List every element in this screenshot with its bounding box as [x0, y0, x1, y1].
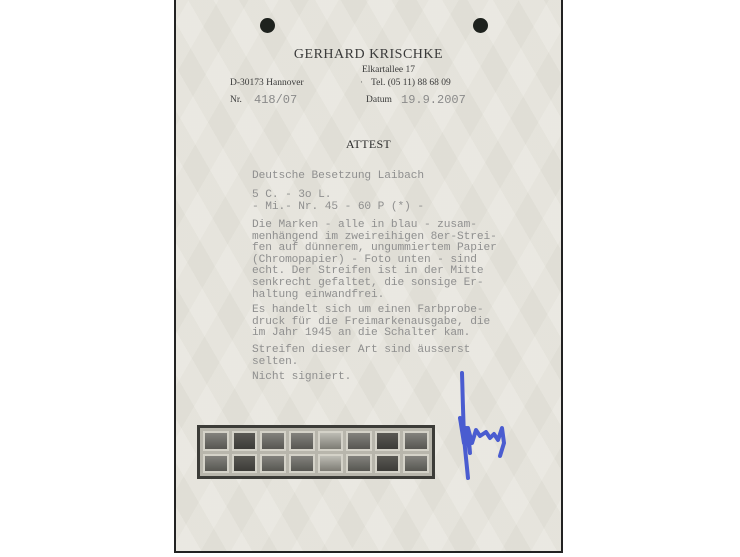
punch-hole-left — [260, 18, 275, 33]
assessment-paragraph: Es handelt sich um einen Farbprobe- druc… — [252, 305, 552, 340]
letterhead-separator: · — [360, 77, 363, 87]
certificate-date: 19.9.2007 — [401, 93, 466, 107]
stamp — [289, 431, 315, 451]
expert-name: GERHARD KRISCHKE — [176, 47, 561, 63]
expert-telephone: Tel. (05 11) 88 68 09 — [371, 78, 451, 88]
stamp — [346, 454, 372, 474]
expert-street: Elkartallee 17 — [196, 65, 581, 75]
stamp — [203, 431, 229, 451]
stamp — [318, 454, 344, 474]
punch-hole-right — [473, 18, 488, 33]
stamp — [375, 454, 401, 474]
values-line-2: - Mi.- Nr. 45 - 60 P (*) - — [252, 201, 424, 213]
stamp — [260, 454, 286, 474]
stamp — [375, 431, 401, 451]
stamp — [403, 454, 429, 474]
rarity-paragraph: Streifen dieser Art sind äusserst selten… — [252, 345, 552, 368]
stamp — [318, 431, 344, 451]
stamp — [289, 454, 315, 474]
expert-city: D-30173 Hannover — [230, 78, 304, 88]
stamp — [403, 431, 429, 451]
stamp — [232, 454, 258, 474]
document-title: ATTEST — [176, 137, 561, 152]
date-label: Datum — [366, 95, 392, 105]
stamp — [203, 454, 229, 474]
stamp — [260, 431, 286, 451]
values-line-1: 5 C. - 3o L. — [252, 189, 331, 201]
catalog-values: 5 C. - 3o L. - Mi.- Nr. 45 - 60 P (*) - — [252, 190, 552, 213]
subject-line: Deutsche Besetzung Laibach — [252, 171, 552, 183]
attest-document: GERHARD KRISCHKE Elkartallee 17 D-30173 … — [174, 0, 563, 553]
stamp — [232, 431, 258, 451]
stamp-strip-photo — [197, 425, 435, 479]
stamp-grid — [200, 428, 432, 476]
stamp — [346, 431, 372, 451]
certificate-number: 418/07 — [254, 93, 297, 107]
description-paragraph: Die Marken - alle in blau - zusam- menhä… — [252, 220, 552, 301]
number-label: Nr. — [230, 95, 242, 105]
signature-icon — [442, 368, 517, 483]
